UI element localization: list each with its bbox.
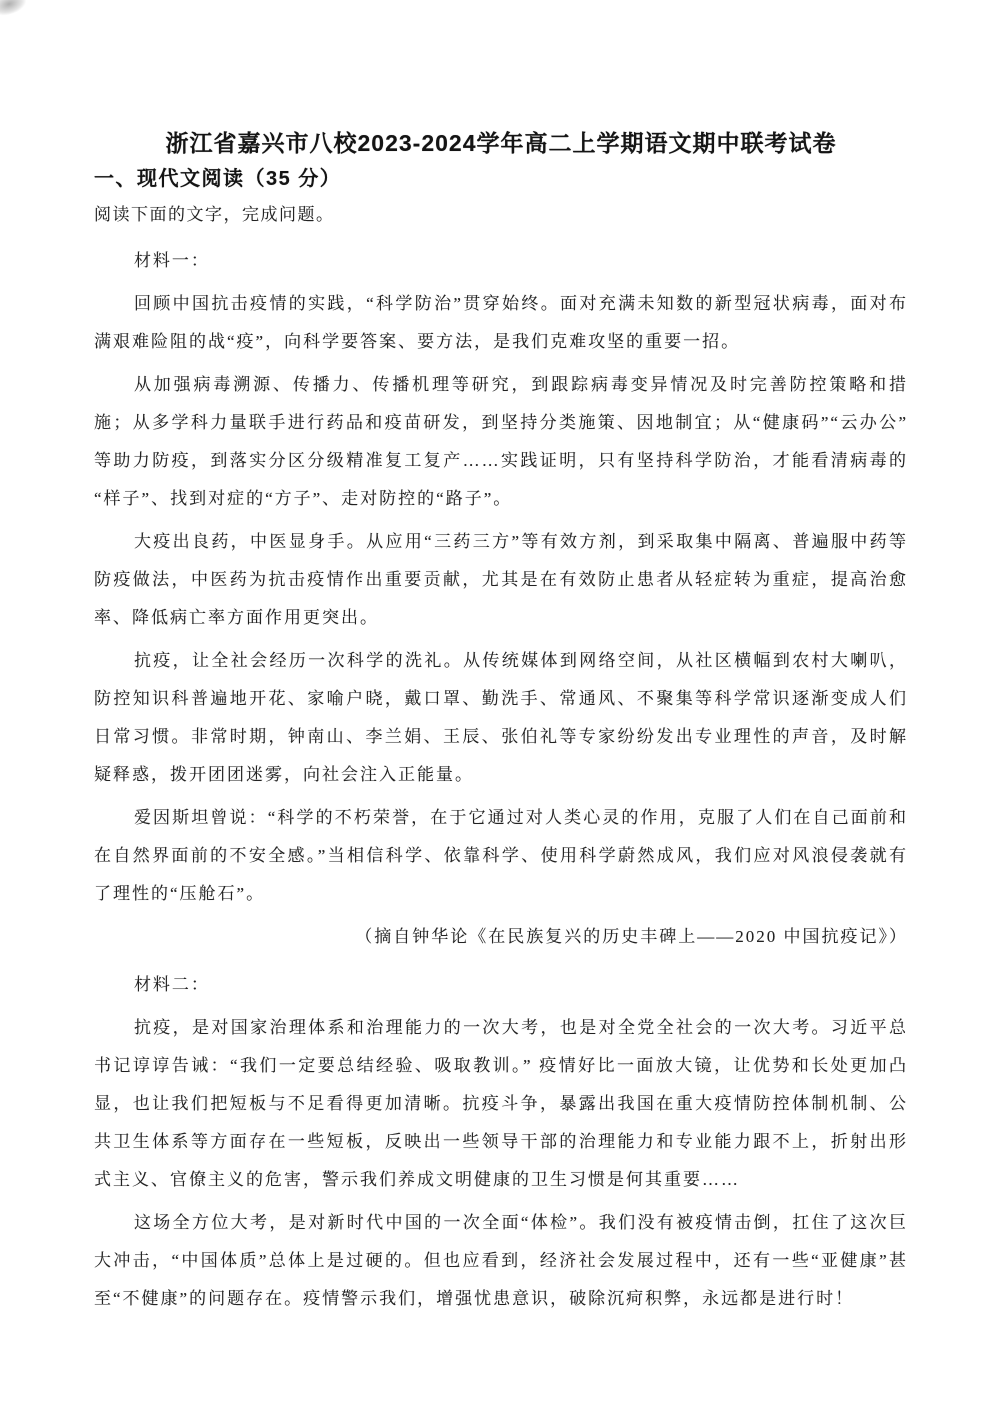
material-two-label: 材料二： xyxy=(94,966,908,1004)
material-one-label: 材料一： xyxy=(94,242,908,280)
page-content: 浙江省嘉兴市八校2023-2024学年高二上学期语文期中联考试卷 一、现代文阅读… xyxy=(0,0,1000,1318)
reading-passages: 材料一： 回顾中国抗击疫情的实践，“科学防治”贯穿始终。面对充满未知数的新型冠状… xyxy=(94,242,908,1318)
material-two-paragraph-2: 这场全方位大考，是对新时代中国的一次全面“体检”。我们没有被疫情击倒，扛住了这次… xyxy=(94,1204,908,1318)
exam-paper-page: 浙江省嘉兴市八校2023-2024学年高二上学期语文期中联考试卷 一、现代文阅读… xyxy=(0,0,1000,1414)
material-one-paragraph-2: 从加强病毒溯源、传播力、传播机理等研究，到跟踪病毒变异情况及时完善防控策略和措施… xyxy=(94,366,908,518)
reading-instruction: 阅读下面的文字，完成问题。 xyxy=(94,200,908,230)
material-one-attribution: （摘自钟华论《在民族复兴的历史丰碑上——2020 中国抗疫记》） xyxy=(94,918,908,956)
material-one-paragraph-4: 抗疫，让全社会经历一次科学的洗礼。从传统媒体到网络空间，从社区横幅到农村大喇叭，… xyxy=(94,642,908,794)
page-title: 浙江省嘉兴市八校2023-2024学年高二上学期语文期中联考试卷 xyxy=(94,126,908,160)
material-two-paragraph-1: 抗疫，是对国家治理体系和治理能力的一次大考，也是对全党全社会的一次大考。习近平总… xyxy=(94,1009,908,1199)
material-one-paragraph-3: 大疫出良药，中医显身手。从应用“三药三方”等有效方剂，到采取集中隔离、普遍服中药… xyxy=(94,523,908,637)
material-one-paragraph-1: 回顾中国抗击疫情的实践，“科学防治”贯穿始终。面对充满未知数的新型冠状病毒，面对… xyxy=(94,285,908,361)
section-heading-modern-reading: 一、现代文阅读（35 分） xyxy=(94,164,908,194)
material-one-paragraph-5: 爱因斯坦曾说：“科学的不朽荣誉，在于它通过对人类心灵的作用，克服了人们在自己面前… xyxy=(94,799,908,913)
